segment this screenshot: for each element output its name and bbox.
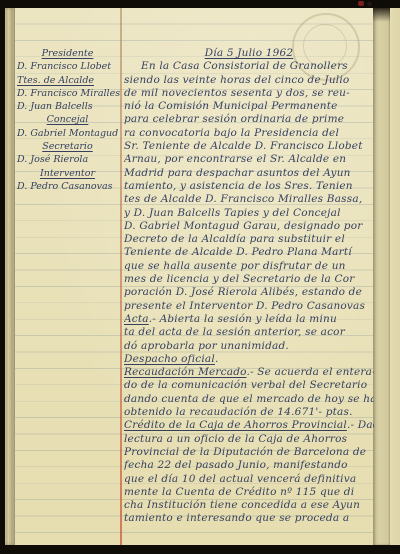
line-text: siendo las veinte horas del cinco de Jul… (124, 74, 349, 86)
manuscript-line: tes de Alcalde D. Francisco Miralles Bas… (124, 193, 374, 206)
next-page-edge (390, 8, 400, 545)
minutes-body-column: Día 5 Julio 1962 En la Casa Consistorial… (124, 47, 374, 529)
manuscript-line: tamiento e interesando que se proceda a (124, 512, 374, 525)
line-text: .- Se acuerda el entera- (246, 366, 374, 378)
manuscript-line: nió la Comisión Municipal Permanente (124, 100, 374, 113)
line-text: lectura a un oficio de la Caja de Ahorro… (124, 433, 347, 445)
margin-entry: D. Pedro Casanovas (17, 180, 118, 193)
margin-entry-text: D. Francisco Llobet (17, 61, 111, 72)
margin-entry: Ttes. de Alcalde (17, 74, 118, 87)
line-text: .- Abierta la sesión y leída la minu (149, 313, 337, 325)
date-heading: Día 5 Julio 1962 (124, 47, 374, 60)
line-text: Sr. Teniente de Alcalde D. Francisco Llo… (124, 140, 363, 152)
margin-entry: D. José Rierola (17, 153, 118, 166)
manuscript-line: Sr. Teniente de Alcalde D. Francisco Llo… (124, 140, 374, 153)
manuscript-line: de mil novecientos sesenta y dos, se reu… (124, 87, 374, 100)
manuscript-line: obtenido la recaudación de 14.671'- ptas… (124, 406, 374, 419)
margin-rule-line (120, 8, 122, 545)
line-text: para celebrar sesión ordinaria de prime (124, 113, 344, 125)
date-heading-text: Día 5 Julio 1962 (205, 47, 294, 59)
margin-officials-column: PresidenteD. Francisco LlobetTtes. de Al… (17, 47, 118, 193)
line-text: Provincial de la Diputación de Barcelona… (124, 446, 366, 458)
line-text: cha Institución tiene concedida a ese Ay… (124, 499, 360, 511)
underlined-phrase: Acta (124, 313, 149, 325)
manuscript-line: mente la Cuenta de Crédito nº 115 que di (124, 486, 374, 499)
manuscript-line: Acta.- Abierta la sesión y leída la minu (124, 313, 374, 326)
manuscript-line: Crédito de la Caja de Ahorros Provincial… (124, 419, 374, 432)
line-text: tes de Alcalde D. Francisco Miralles Bas… (124, 193, 362, 205)
margin-entry-text: Concejal (47, 114, 89, 125)
manuscript-line: Arnau, por encontrarse el Sr. Alcalde en (124, 153, 374, 166)
line-text: ta del acta de la sesión anterior, se ac… (124, 326, 345, 338)
manuscript-line: lectura a un oficio de la Caja de Ahorro… (124, 433, 374, 446)
margin-entry: Interventor (17, 167, 118, 180)
line-text: tamiento, y asistencia de los Sres. Teni… (124, 180, 353, 192)
line-text: En la Casa Consistorial de Granollers (141, 60, 348, 72)
margin-entry: Secretario (17, 140, 118, 153)
manuscript-line: que el día 10 del actual vencerá definit… (124, 473, 374, 486)
line-text: que el día 10 del actual vencerá definit… (124, 473, 356, 485)
line-text: mes de licencia y del Secretario de la C… (124, 273, 355, 285)
line-text: poración D. José Rierola Alibés, estando… (124, 286, 362, 298)
line-text: do de la comunicación verbal del Secreta… (124, 379, 367, 391)
line-text: Madrid para despachar asuntos del Ayun (124, 167, 351, 179)
line-text: D. Gabriel Montagud Garau, designado por (124, 220, 362, 232)
line-text: dando cuenta de que el mercado de hoy se… (124, 393, 374, 405)
margin-entry-text: Secretario (42, 141, 92, 152)
line-text: nió la Comisión Municipal Permanente (124, 100, 338, 112)
red-mark-top-right (358, 1, 364, 6)
manuscript-line: y D. Juan Balcells Tapies y del Concejal (124, 207, 374, 220)
manuscript-line: do de la comunicación verbal del Secreta… (124, 379, 374, 392)
line-text: Decreto de la Alcaldía para substituir e… (124, 233, 345, 245)
manuscript-line: presente el Interventor D. Pedro Casanov… (124, 300, 374, 313)
line-text: que se halla ausente por disfrutar de un (124, 260, 346, 272)
margin-entry: D. Gabriel Montagud (17, 127, 118, 140)
line-text: y D. Juan Balcells Tapies y del Concejal (124, 207, 341, 219)
manuscript-line: dó aprobarla por unanimidad. (124, 340, 374, 353)
underlined-phrase: Despacho oficial (124, 353, 215, 365)
manuscript-line: ta del acta de la sesión anterior, se ac… (124, 326, 374, 339)
manuscript-line: para celebrar sesión ordinaria de prime (124, 113, 374, 126)
manuscript-line: Teniente de Alcalde D. Pedro Plana Martí (124, 246, 374, 259)
book-page-edges-left (5, 8, 15, 545)
manuscript-line: siendo las veinte horas del cinco de Jul… (124, 74, 374, 87)
manuscript-line: cha Institución tiene concedida a ese Ay… (124, 499, 374, 512)
line-text: Arnau, por encontrarse el Sr. Alcalde en (124, 153, 346, 165)
manuscript-line: ra convocatoria bajo la Presidencia del (124, 127, 374, 140)
manuscript-page: PresidenteD. Francisco LlobetTtes. de Al… (5, 8, 400, 545)
margin-entry: D. Juan Balcells (17, 100, 118, 113)
margin-entry-text: D. Gabriel Montagud (17, 128, 118, 139)
line-text: obtenido la recaudación de 14.671'- ptas… (124, 406, 353, 418)
margin-entry: Presidente (17, 47, 118, 60)
manuscript-line: Madrid para despachar asuntos del Ayun (124, 167, 374, 180)
dark-mark-top-right (367, 2, 372, 6)
line-text: ra convocatoria bajo la Presidencia del (124, 127, 339, 139)
line-text: mente la Cuenta de Crédito nº 115 que di (124, 486, 354, 498)
manuscript-line: dando cuenta de que el mercado de hoy se… (124, 393, 374, 406)
line-text: presente el Interventor D. Pedro Casanov… (124, 300, 365, 312)
underlined-phrase: Crédito de la Caja de Ahorros Provincial (124, 419, 347, 431)
margin-entry-text: Interventor (40, 168, 95, 179)
margin-entry-text: D. José Rierola (17, 154, 88, 165)
manuscript-line: Recaudación Mercado.- Se acuerda el ente… (124, 366, 374, 379)
margin-entry-text: D. Francisco Miralles (17, 88, 120, 99)
manuscript-line: mes de licencia y del Secretario de la C… (124, 273, 374, 286)
manuscript-line: Decreto de la Alcaldía para substituir e… (124, 233, 374, 246)
margin-entry-text: D. Pedro Casanovas (17, 181, 112, 192)
line-text: dó aprobarla por unanimidad. (124, 340, 289, 352)
margin-entry-text: D. Juan Balcells (17, 101, 93, 112)
page-fold-right (373, 8, 390, 545)
margin-entry: D. Francisco Miralles (17, 87, 118, 100)
manuscript-line: En la Casa Consistorial de Granollers (124, 60, 374, 73)
manuscript-line: tamiento, y asistencia de los Sres. Teni… (124, 180, 374, 193)
manuscript-line: D. Gabriel Montagud Garau, designado por (124, 220, 374, 233)
line-text: de mil novecientos sesenta y dos, se reu… (124, 87, 350, 99)
scanned-minutes-photo: PresidenteD. Francisco LlobetTtes. de Al… (0, 0, 400, 554)
line-text: . (215, 353, 219, 365)
margin-entry: D. Francisco Llobet (17, 60, 118, 73)
manuscript-line: Despacho oficial. (124, 353, 374, 366)
underlined-phrase: Recaudación Mercado (124, 366, 246, 378)
manuscript-line: que se halla ausente por disfrutar de un (124, 260, 374, 273)
margin-entry: Concejal (17, 113, 118, 126)
manuscript-line: Provincial de la Diputación de Barcelona… (124, 446, 374, 459)
line-text: .- Dada (347, 419, 374, 431)
manuscript-line: poración D. José Rierola Alibés, estando… (124, 286, 374, 299)
margin-entry-text: Presidente (42, 48, 94, 59)
line-text: tamiento e interesando que se proceda a (124, 512, 349, 524)
line-text: fecha 22 del pasado Junio, manifestando (124, 459, 348, 471)
line-text: Teniente de Alcalde D. Pedro Plana Martí (124, 246, 352, 258)
manuscript-line: fecha 22 del pasado Junio, manifestando (124, 459, 374, 472)
margin-entry-text: Ttes. de Alcalde (17, 75, 94, 86)
